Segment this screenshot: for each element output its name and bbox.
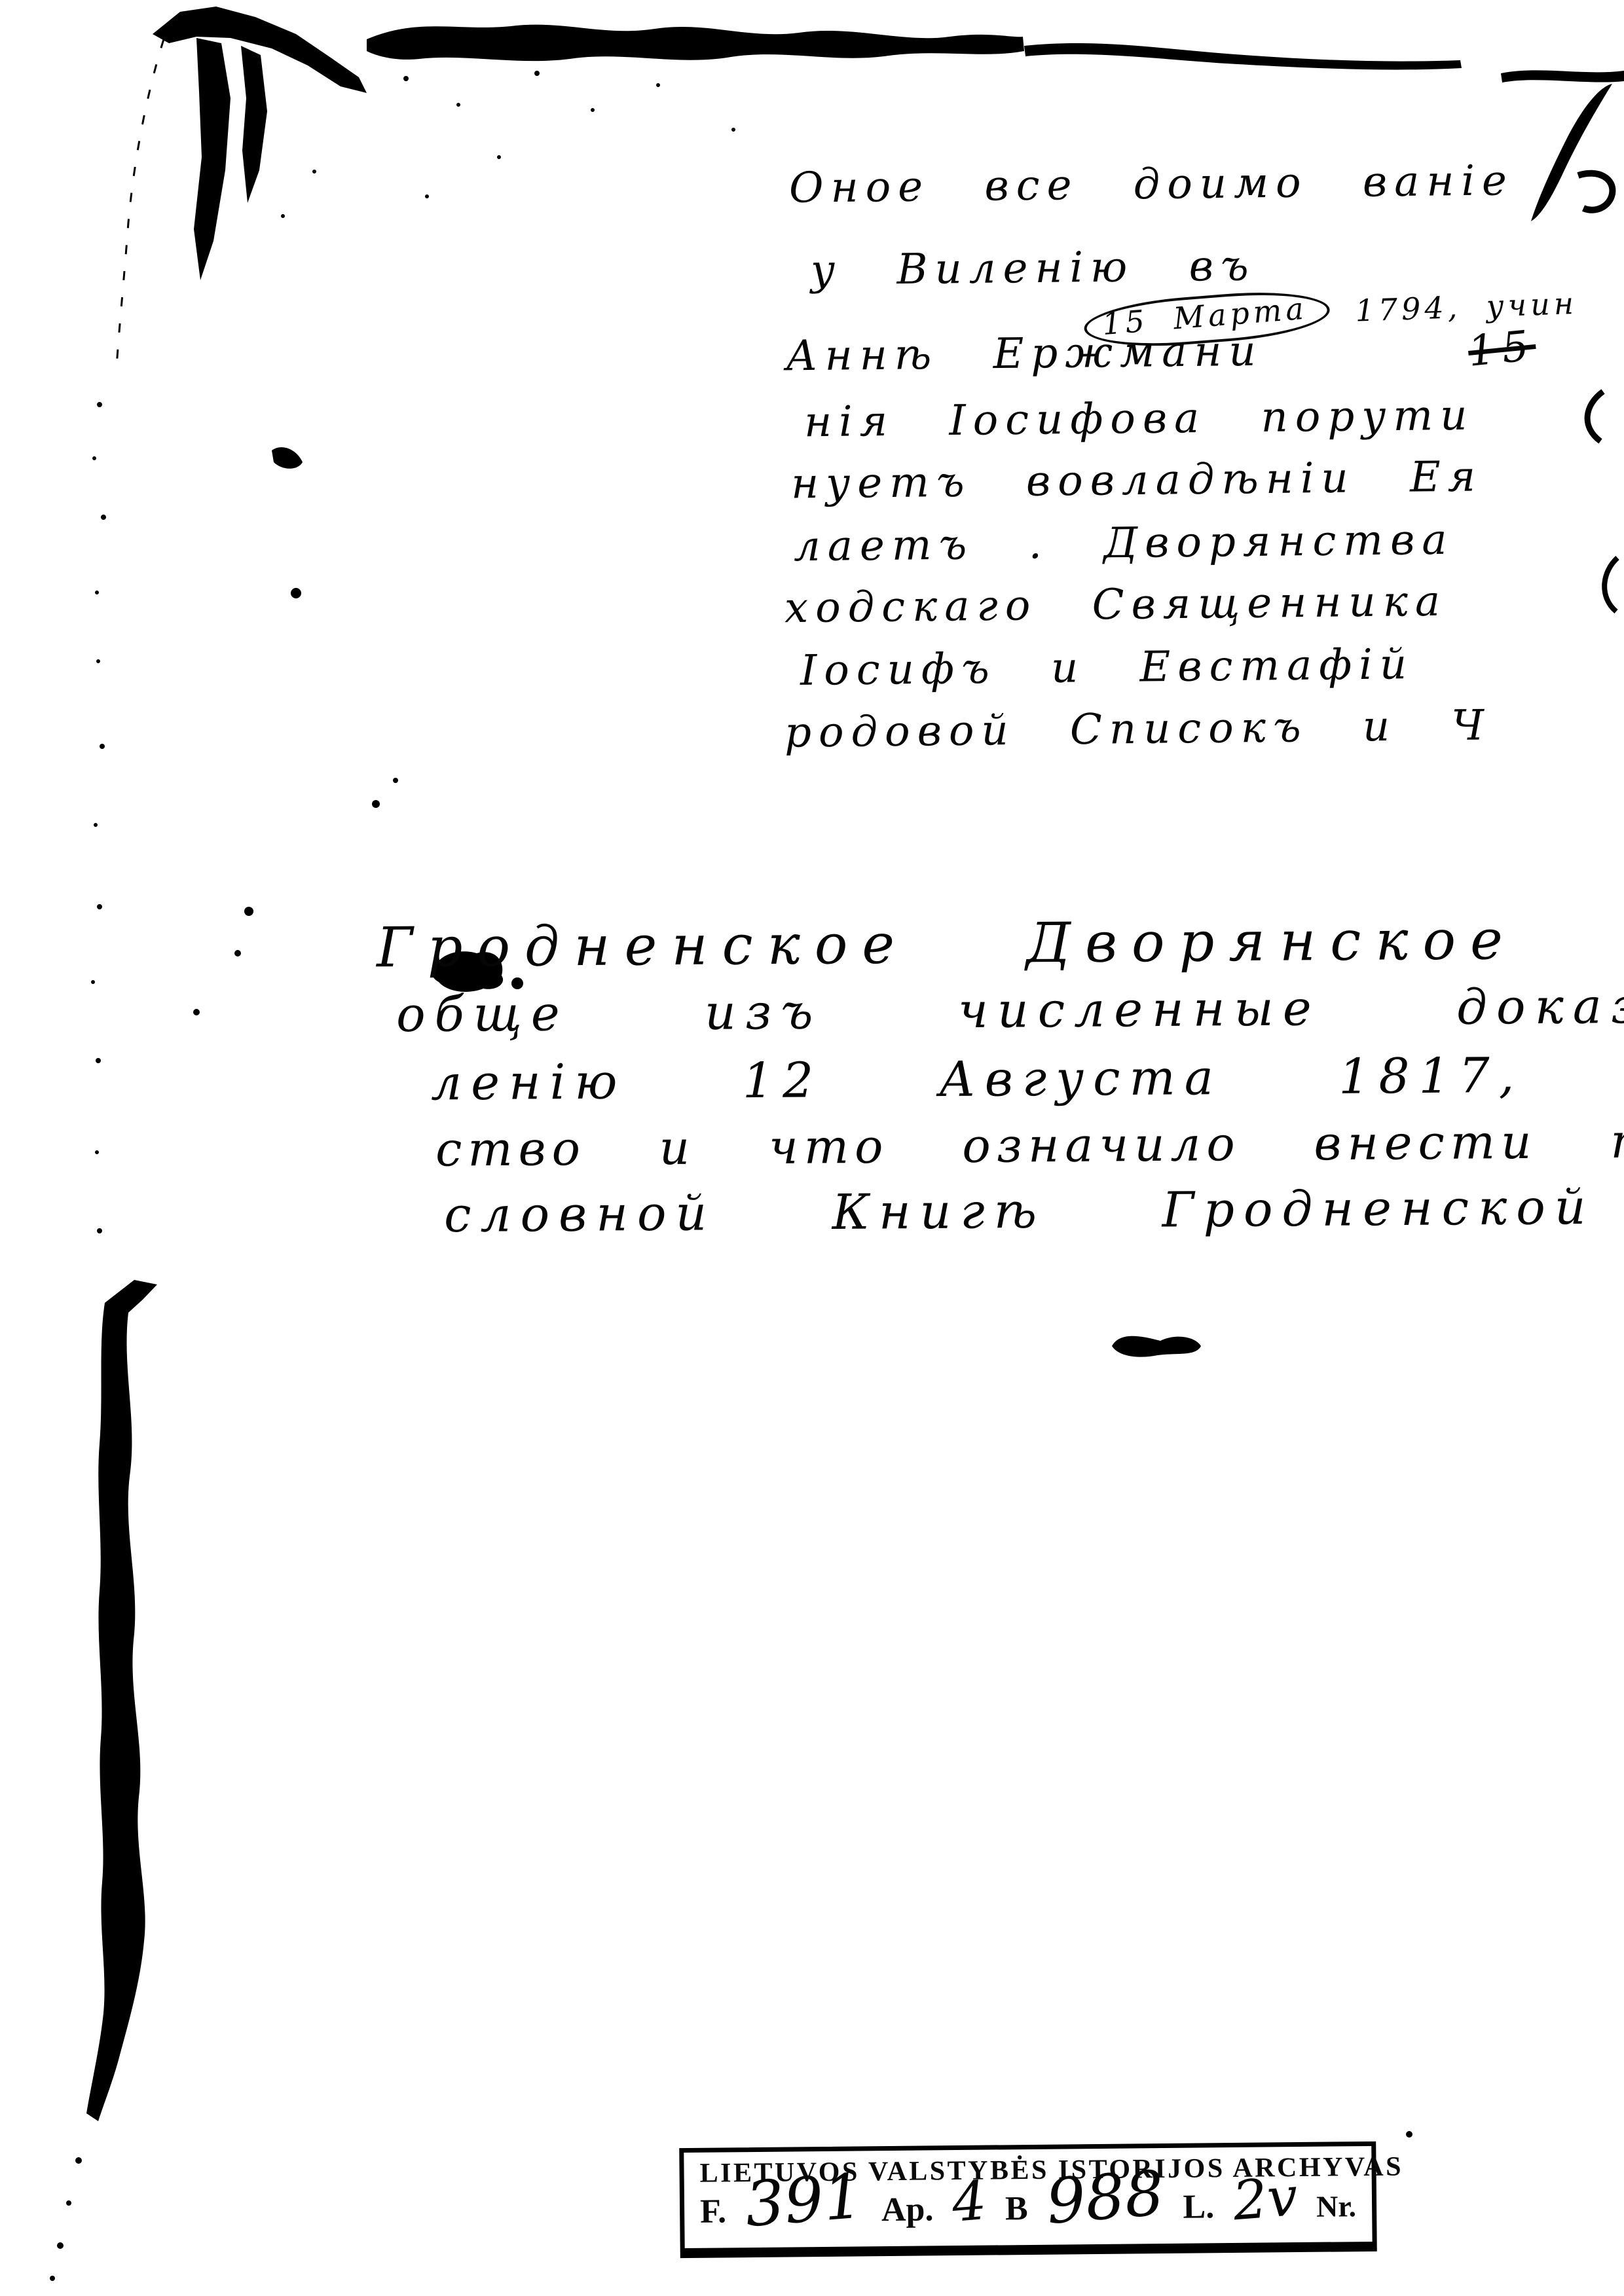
stamp-fond-value-handwritten: 391	[744, 2184, 863, 2219]
stamp-byla-label: B	[1005, 2189, 1028, 2228]
left-margin-dot	[94, 823, 98, 827]
stamp-byla-value-handwritten: 988	[1046, 2181, 1165, 2216]
stamp-apyrasas-label: Ap.	[881, 2191, 934, 2230]
manuscript-line: ходскаго Священника	[784, 581, 1448, 630]
stamp-fond-label: F.	[700, 2193, 727, 2231]
insertion-rest: 1794, учин	[1355, 285, 1578, 329]
paper-speck	[497, 155, 501, 159]
paper-speck	[425, 194, 429, 198]
paper-speck	[591, 108, 595, 112]
paper-speck	[403, 76, 409, 81]
paper-speck	[1406, 2131, 1412, 2138]
document-page: Оное все доимо ваніе у Виленію въ 15 Мар…	[0, 0, 1624, 2296]
manuscript-line: обще изъ численные доказат	[396, 981, 1624, 1039]
struck-out-number: 15	[1466, 325, 1538, 373]
pen-flourish-arc	[1587, 392, 1603, 441]
left-edge-tail-dash	[66, 2200, 71, 2206]
paper-speck	[281, 214, 285, 218]
margin-ink-dot	[372, 800, 380, 808]
margin-ink-dot	[244, 907, 253, 916]
pen-flourish-arc-2	[1604, 558, 1617, 611]
torn-top-edge-left-streak-1	[194, 38, 231, 280]
left-margin-dot	[95, 591, 99, 594]
stamp-reference-row: F. 391 Ap. 4 B 988 L. 2v Nr.	[700, 2183, 1357, 2231]
left-margin-dot	[96, 1058, 101, 1063]
left-margin-dot	[92, 456, 96, 460]
paper-speck	[731, 128, 735, 132]
left-margin-dot	[95, 1150, 99, 1154]
manuscript-line: у Виленію въ	[811, 245, 1256, 291]
name-text: Аннѣ Ержмани	[786, 327, 1263, 381]
manuscript-line: нуетъ вовладѣніи Ея	[791, 456, 1483, 505]
left-margin-dot	[91, 980, 95, 984]
torn-top-edge-far-right	[1501, 70, 1624, 82]
pen-flourish-stroke	[1531, 84, 1612, 221]
torn-top-edge-right-line	[1024, 43, 1462, 69]
left-edge-tail-dash	[50, 2276, 55, 2281]
torn-top-edge-left-streak-2	[241, 46, 267, 203]
stamp-apyrasas-value-handwritten: 4	[951, 2188, 987, 2217]
paper-speck	[829, 37, 837, 45]
left-edge-tail-dash	[75, 2157, 82, 2164]
manuscript-line: Аннѣ Ержмани 15 16	[786, 326, 1624, 378]
manuscript-line: лаетъ . Дворянства	[794, 519, 1454, 568]
ink-smudge	[1112, 1336, 1201, 1357]
left-margin-dot	[96, 659, 100, 663]
stamp-nr-label: Nr.	[1316, 2189, 1356, 2224]
manuscript-line: Іосифъ и Евстафій	[800, 644, 1414, 692]
manuscript-line: словной Книгѣ Гродненской Гу	[444, 1182, 1624, 1239]
manuscript-line: Оное все доимо ваніе	[789, 160, 1514, 210]
left-margin-dot	[101, 515, 106, 520]
left-margin-dot	[97, 402, 102, 407]
manuscript-line: родовой Списокъ и Ч	[784, 704, 1492, 754]
torn-top-edge-main-band	[367, 25, 1024, 61]
margin-ink-blot	[272, 447, 303, 469]
left-margin-dot	[97, 1228, 102, 1233]
stamp-lapas-label: L.	[1183, 2188, 1214, 2227]
paper-speck	[456, 103, 460, 107]
manuscript-line: ленію 12 Августа 1817, прика	[431, 1049, 1624, 1108]
margin-ink-dot	[193, 1009, 200, 1015]
left-margin-dot	[100, 744, 105, 749]
pen-flourish-loop	[1578, 173, 1612, 210]
left-edge-tear-band	[86, 1280, 157, 2121]
paper-speck	[656, 83, 660, 87]
paper-speck	[312, 170, 316, 173]
left-margin-dot	[97, 904, 102, 909]
manuscript-line: ство и что означило внести по все	[435, 1116, 1624, 1173]
manuscript-line: Гродненское Дворянское Де	[377, 911, 1624, 975]
manuscript-line: нія Іосифова порути	[804, 395, 1475, 444]
margin-ink-dot	[291, 588, 301, 598]
left-corner-edge-line	[117, 39, 164, 367]
stamp-lapas-value-handwritten: 2v	[1232, 2184, 1298, 2215]
margin-ink-dot	[393, 778, 398, 783]
margin-ink-dot	[234, 950, 241, 957]
left-edge-tail-dash	[57, 2242, 64, 2249]
paper-speck	[534, 71, 540, 76]
archive-stamp: LIETUVOS VALSTYBĖS ISTORIJOS ARCHYVAS F.…	[679, 2141, 1377, 2258]
